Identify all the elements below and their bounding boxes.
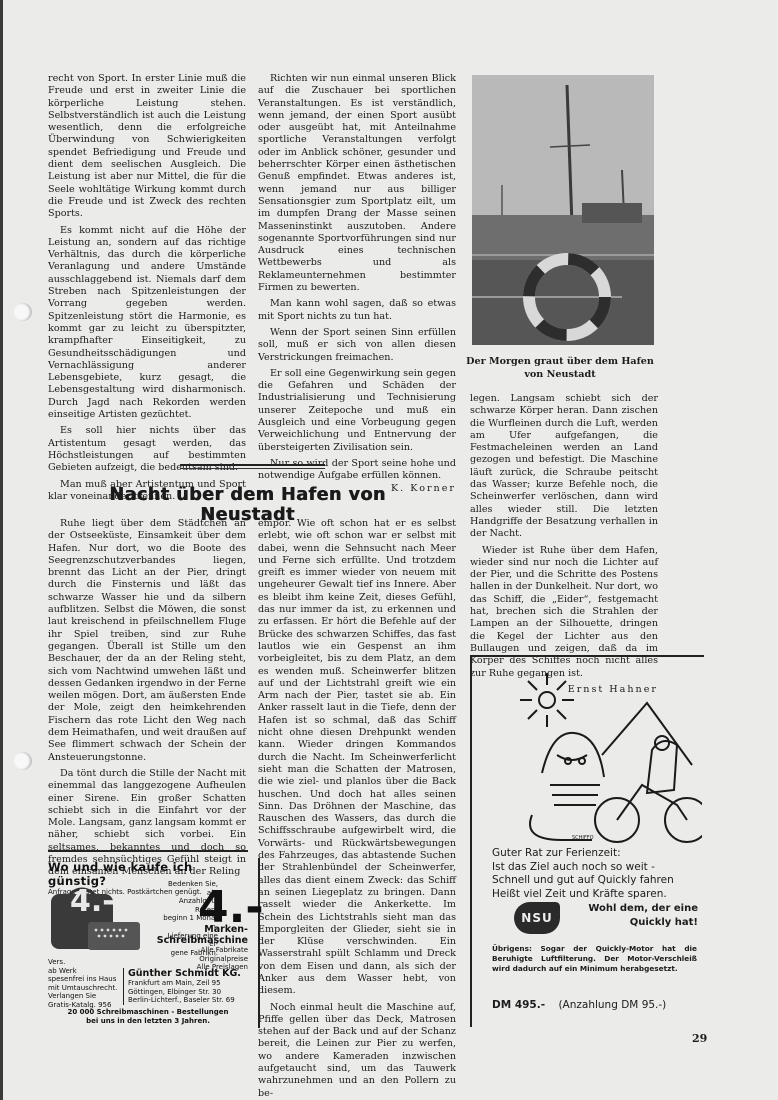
nsu-price: DM 495.- (Anzahlung DM 95.-) <box>492 999 666 1011</box>
ad-text-line: Alle Fabrikate <box>157 946 248 955</box>
paragraph: legen. Langsam schiebt sich der schwarze… <box>470 393 658 541</box>
nsu-logo: NSU <box>514 902 560 934</box>
typewriter-advertisement: Wo und wie kaufe ich günstig? Anfrage ko… <box>48 860 248 1022</box>
ad-product: Marken- Schreibmaschine Alle Fabrikate O… <box>157 924 248 972</box>
illustrator-signature: SCHIFFO <box>572 835 594 841</box>
ad-text-line: Schreibmaschine <box>157 935 248 946</box>
harbor-article-column-3: legen. Langsam schiebt sich der schwarze… <box>470 393 658 696</box>
paragraph: Ruhe liegt über dem Städtchen an der Ost… <box>48 518 246 764</box>
paragraph: recht von Sport. In erster Linie muß die… <box>48 73 246 221</box>
sport-article-column-2: Richten wir nun einmal unseren Blick auf… <box>258 73 456 495</box>
page-number: 29 <box>692 1032 707 1045</box>
company-name: Günther Schmidt KG. <box>128 968 241 979</box>
ad-shipping: Vers. ab Werk spesenfrei ins Haus mit Um… <box>48 958 120 1010</box>
harbor-article-column-1: Ruhe liegt über dem Städtchen an der Ost… <box>48 518 246 883</box>
tagline-line: Wohl dem, der eine <box>588 902 698 916</box>
sport-article-column-1: recht von Sport. In erster Linie muß die… <box>48 73 246 507</box>
page-edge-shadow <box>0 0 3 1100</box>
harbor-photo <box>472 75 654 345</box>
ad-text-line: ab Werk <box>48 967 120 976</box>
caption-line: von Neustadt <box>465 368 655 381</box>
ad-text-line: Originalpreise <box>157 955 248 964</box>
price-value: DM 495.- <box>492 999 545 1011</box>
ad-text-line: Verlangen Sie <box>48 992 120 1001</box>
ad-text-line: Vers. <box>48 958 120 967</box>
paragraph: empor. Wie oft schon hat er es selbst er… <box>258 518 456 998</box>
sphinx-moped-illustration <box>502 665 702 845</box>
section-divider <box>180 464 325 466</box>
paragraph: Er soll eine Gegenwirkung sein gegen die… <box>258 368 456 454</box>
paragraph: Wenn der Sport seinen Sinn erfüllen soll… <box>258 327 456 364</box>
ad-text-line: bei uns in den letzten 3 Jahren. <box>48 1017 248 1026</box>
ad-text-line: 20 000 Schreibmaschinen - Bestellungen <box>48 1008 248 1017</box>
photo-caption: Der Morgen graut über dem Hafen von Neus… <box>465 355 655 381</box>
binding-hole <box>14 303 32 321</box>
company-address: Göttingen, Elbinger Str. 30 <box>128 988 241 997</box>
magazine-page: recht von Sport. In erster Linie muß die… <box>0 0 778 1100</box>
nsu-quickly-advertisement: SCHIFFO Guter Rat zur Ferienzeit: Ist da… <box>470 655 704 1027</box>
slogan-line: Guter Rat zur Ferienzeit: <box>492 847 674 861</box>
harbor-article-column-2: empor. Wie oft schon hat er es selbst er… <box>258 518 456 1100</box>
price-badge-left: 4.- <box>70 884 115 919</box>
ad-footer: 20 000 Schreibmaschinen - Bestellungen b… <box>48 1008 248 1025</box>
binding-hole <box>14 752 32 770</box>
slogan-line: Ist das Ziel auch noch so weit - <box>492 861 674 875</box>
paragraph: Noch einmal heult die Maschine auf, Pfif… <box>258 1002 456 1100</box>
nsu-tagline: Wohl dem, der eine Quickly hat! <box>588 902 698 930</box>
company-address: Berlin-Lichterf., Baseler Str. 69 <box>128 996 241 1005</box>
ad-text-line: Marken- <box>157 924 248 935</box>
ad-top-rule <box>48 850 248 852</box>
ad-text-line: spesenfrei ins Haus <box>48 975 120 984</box>
section-divider <box>180 468 325 469</box>
paragraph: Es kommt nicht auf die Höhe der Leistung… <box>48 225 246 422</box>
ad-text-line: mit Umtauschrecht. <box>48 984 120 993</box>
paragraph: Nur so wird der Sport seine hohe und not… <box>258 458 456 483</box>
ad-company-block: Günther Schmidt KG. Frankfurt am Main, Z… <box>123 968 241 1005</box>
slogan-line: Heißt viel Zeit und Kräfte sparen. <box>492 888 674 902</box>
slogan-line: Schnell und gut auf Quickly fahren <box>492 874 674 888</box>
nsu-slogan: Guter Rat zur Ferienzeit: Ist das Ziel a… <box>492 847 674 901</box>
nsu-note: Übrigens: Sogar der Quickly-Motor hat di… <box>492 944 697 974</box>
down-payment: (Anzahlung DM 95.-) <box>558 999 666 1011</box>
paragraph: Richten wir nun einmal unseren Blick auf… <box>258 73 456 294</box>
paragraph: Man kann wohl sagen, daß so etwas mit Sp… <box>258 298 456 323</box>
caption-line: Der Morgen graut über dem Hafen <box>465 355 655 368</box>
company-address: Frankfurt am Main, Zeil 95 <box>128 979 241 988</box>
ship-photo-illustration <box>472 75 654 345</box>
tagline-line: Quickly hat! <box>588 916 698 930</box>
